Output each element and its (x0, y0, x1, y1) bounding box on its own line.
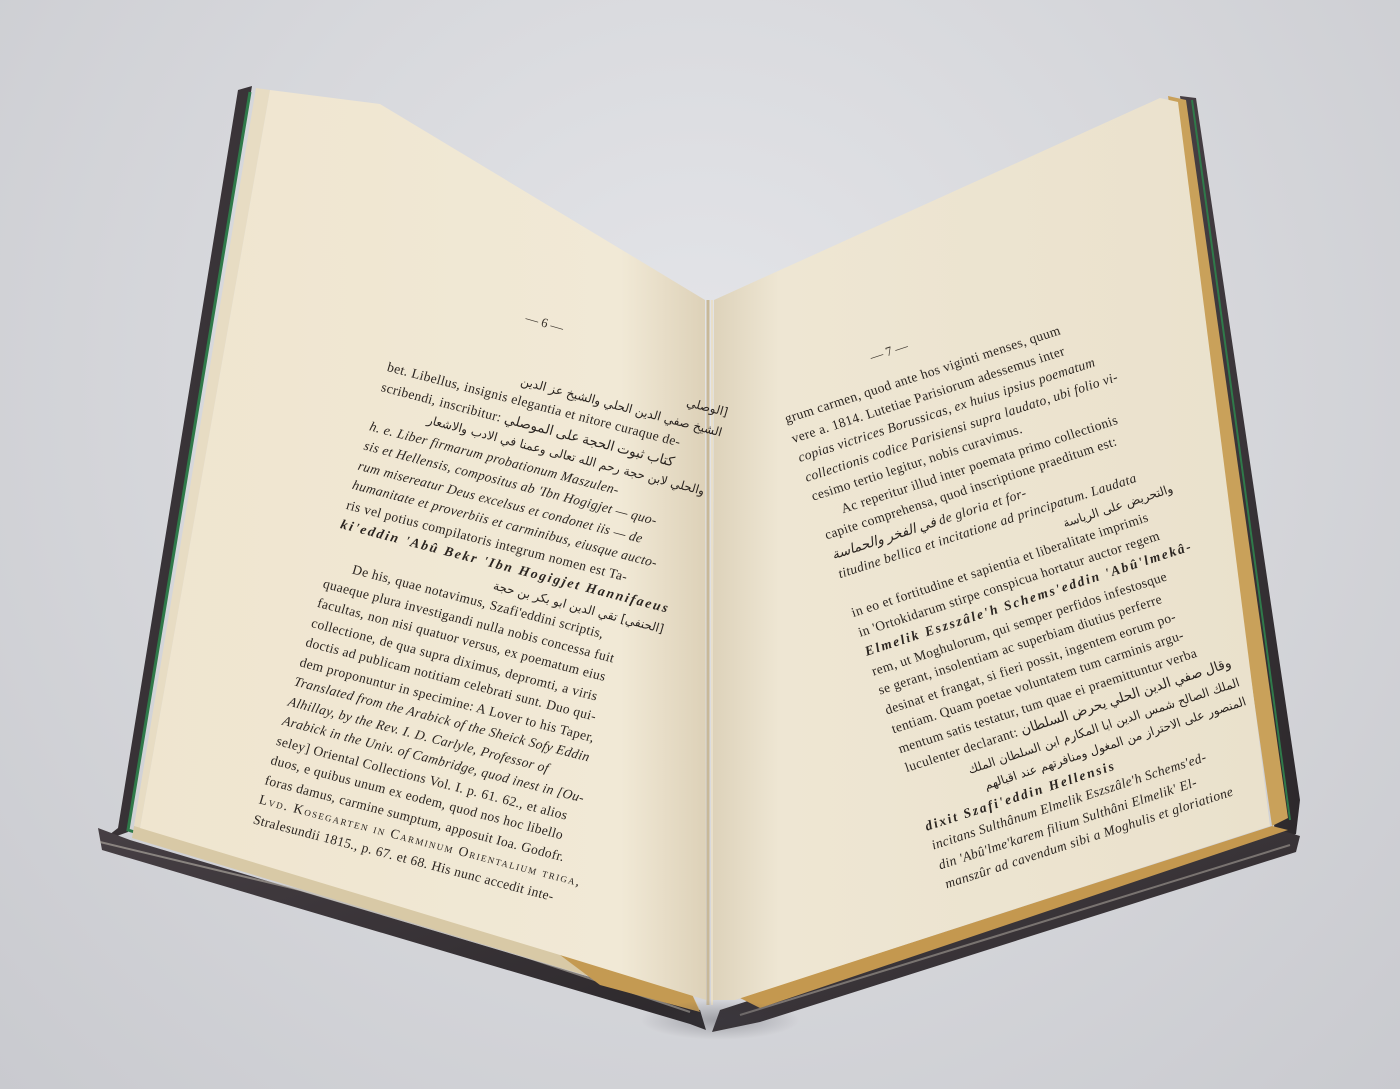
book-shadow (640, 1000, 800, 1040)
photo-scene: — 6 — [الوصلي الشيخ صفي الدين الحلي والش… (0, 0, 1400, 1089)
